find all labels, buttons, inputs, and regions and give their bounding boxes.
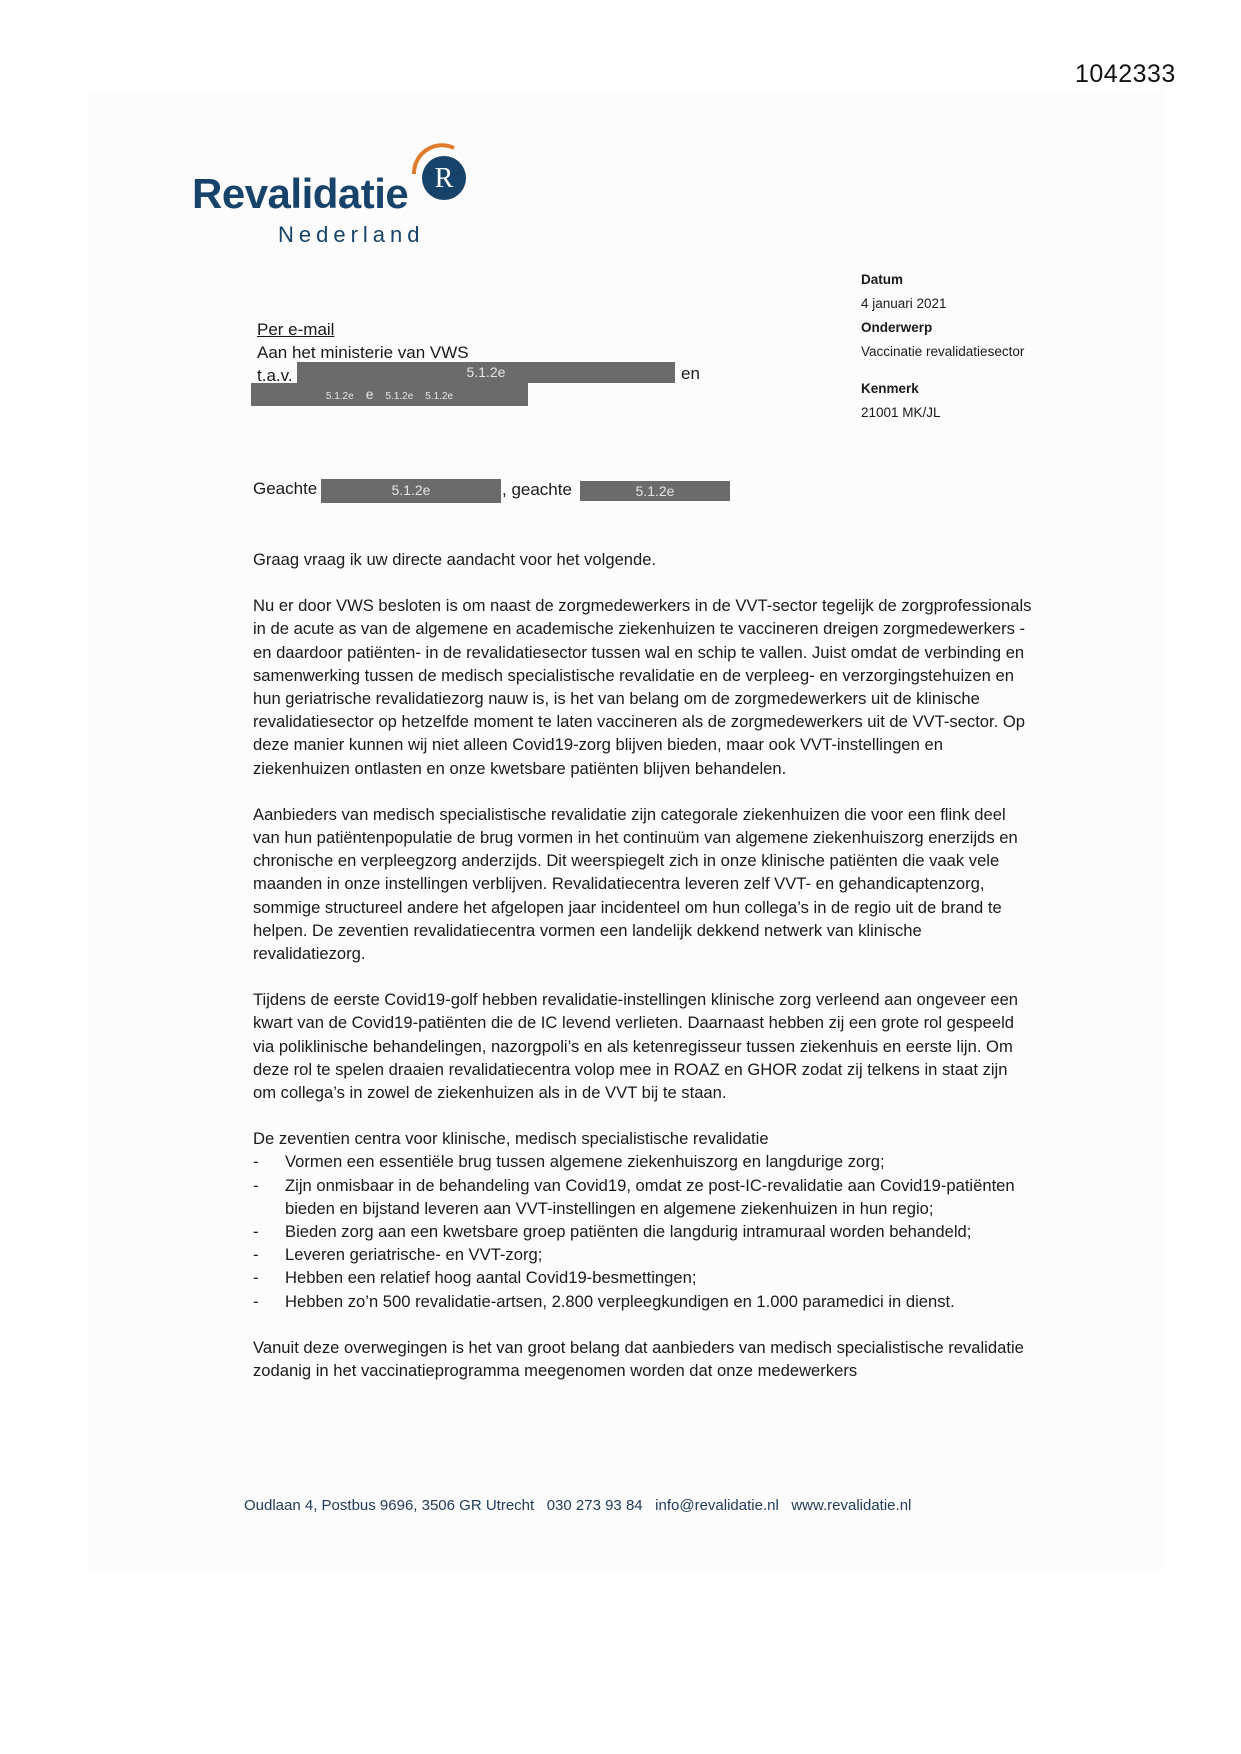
footer-phone: 030 273 93 84 [547,1497,643,1514]
list-item: Hebben zo’n 500 revalidatie-artsen, 2.80… [253,1290,1033,1313]
list-item: Vormen een essentiële brug tussen algeme… [253,1150,1033,1173]
redaction-box: 5.1.2e [321,479,501,503]
footer-address: Oudlaan 4, Postbus 9696, 3506 GR Utrecht [244,1497,534,1514]
paragraph: Aanbieders van medisch specialistische r… [253,803,1033,965]
reference-value: 21001 MK/JL [861,401,1024,425]
salutation-second: , geachte [502,480,572,500]
list-item: Zijn onmisbaar in de behandeling van Cov… [253,1174,1033,1220]
date-label: Datum [861,268,1024,292]
letter-footer: Oudlaan 4, Postbus 9696, 3506 GR Utrecht… [244,1497,911,1514]
list-item: Bieden zorg aan een kwetsbare groep pati… [253,1220,1033,1243]
list-intro: De zeventien centra voor klinische, medi… [253,1127,1033,1150]
address-conjunction: en [681,364,700,384]
list-item: Leveren geriatrische- en VVT-zorg; [253,1243,1033,1266]
logo: Revalidatie Nederland R [192,140,472,250]
logo-wordmark: Revalidatie [192,170,408,218]
reference-label: Kenmerk [861,377,1024,401]
paragraph-intro: Graag vraag ik uw directe aandacht voor … [253,548,1033,571]
bullet-list: Vormen een essentiële brug tussen algeme… [253,1150,1033,1312]
date-value: 4 januari 2021 [861,292,1024,316]
logo-subtitle: Nederland [278,222,425,248]
footer-website: www.revalidatie.nl [791,1497,911,1514]
document-id: 1042333 [1075,60,1176,89]
redaction-box: 5.1.2ee5.1.2e5.1.2e [251,383,528,406]
paragraph: Nu er door VWS besloten is om naast de z… [253,594,1033,780]
letter-metadata: Datum 4 januari 2021 Onderwerp Vaccinati… [861,268,1024,425]
paragraph: Tijdens de eerste Covid19-golf hebben re… [253,988,1033,1104]
redaction-box: 5.1.2e [297,362,675,383]
list-item: Hebben een relatief hoog aantal Covid19-… [253,1266,1033,1289]
paragraph: Vanuit deze overwegingen is het van groo… [253,1336,1033,1382]
salutation: Geachte [253,479,317,499]
logo-mark-letter: R [435,163,454,194]
delivery-method: Per e-mail [257,318,469,341]
redaction-box: 5.1.2e [580,481,730,501]
subject-value: Vaccinatie revalidatiesector [861,340,1024,364]
recipient-organization: Aan het ministerie van VWS [257,341,469,364]
footer-email: info@revalidatie.nl [655,1497,779,1514]
subject-label: Onderwerp [861,316,1024,340]
letter-body: Graag vraag ik uw directe aandacht voor … [253,548,1033,1405]
logo-r-mark-icon: R [406,140,474,208]
